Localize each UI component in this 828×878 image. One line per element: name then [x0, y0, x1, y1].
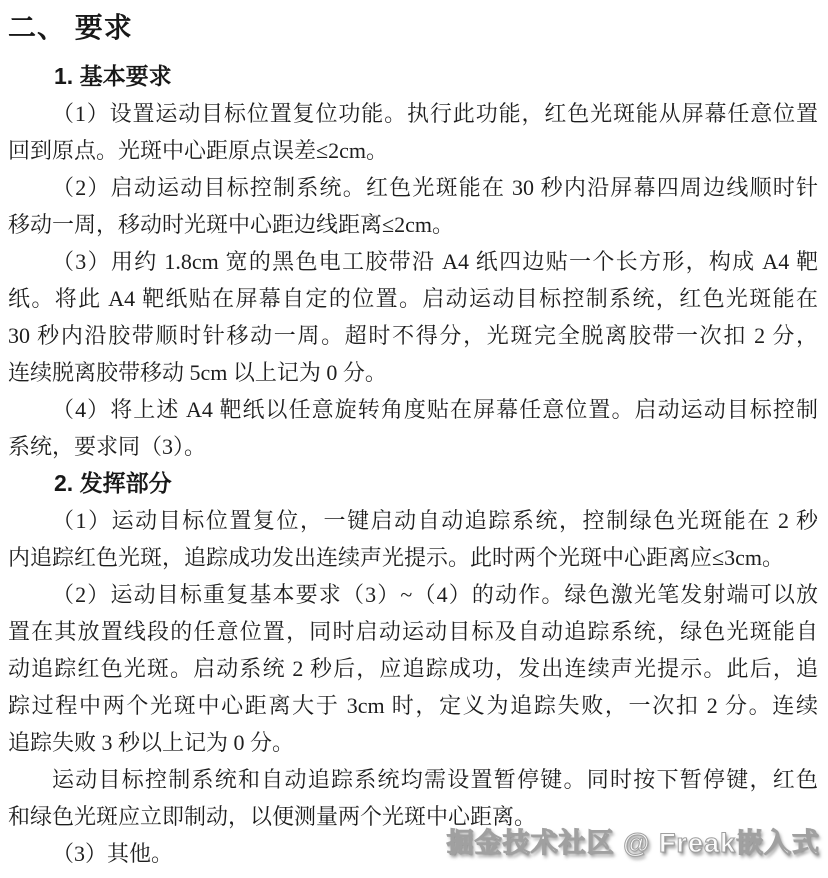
text-line: （4）将上述 A4 靶纸以任意旋转角度贴在屏幕任意位置。启动运动目标控制 — [8, 391, 818, 428]
text-line: 内追踪红色光斑，追踪成功发出连续声光提示。此时两个光斑中心距离应≤3cm。 — [8, 539, 818, 576]
text-line: 踪过程中两个光斑中心距离大于 3cm 时，定义为追踪失败，一次扣 2 分。连续 — [8, 687, 818, 724]
text-line: （2）运动目标重复基本要求（3）~（4）的动作。绿色激光笔发射端可以放 — [8, 576, 818, 613]
text-line: 置在其放置线段的任意位置，同时启动运动目标及自动追踪系统，绿色光斑能自 — [8, 613, 818, 650]
paragraph-basic-4: （4）将上述 A4 靶纸以任意旋转角度贴在屏幕任意位置。启动运动目标控制 系统，… — [8, 391, 818, 465]
section-heading-basic-requirements: 1. 基本要求 — [8, 58, 818, 95]
page-title: 二、 要求 — [8, 8, 818, 48]
paragraph-basic-1: （1）设置运动目标位置复位功能。执行此功能，红色光斑能从屏幕任意位置 回到原点。… — [8, 95, 818, 169]
text-line: 连续脱离胶带移动 5cm 以上记为 0 分。 — [8, 354, 818, 391]
text-line: （1）设置运动目标位置复位功能。执行此功能，红色光斑能从屏幕任意位置 — [8, 95, 818, 132]
text-line: 和绿色光斑应立即制动，以便测量两个光斑中心距离。 — [8, 798, 818, 835]
text-line: 运动目标控制系统和自动追踪系统均需设置暂停键。同时按下暂停键，红色 — [8, 761, 818, 798]
section-heading-performance-part: 2. 发挥部分 — [8, 465, 818, 502]
paragraph-basic-2: （2）启动运动目标控制系统。红色光斑能在 30 秒内沿屏幕四周边线顺时针 移动一… — [8, 169, 818, 243]
text-line: 回到原点。光斑中心距原点误差≤2cm。 — [8, 132, 818, 169]
paragraph-performance-1: （1）运动目标位置复位，一键启动自动追踪系统，控制绿色光斑能在 2 秒 内追踪红… — [8, 502, 818, 576]
text-line: （3）用约 1.8cm 宽的黑色电工胶带沿 A4 纸四边贴一个长方形，构成 A4… — [8, 243, 818, 280]
text-line: 纸。将此 A4 靶纸贴在屏幕自定的位置。启动运动目标控制系统，红色光斑能在 — [8, 280, 818, 317]
text-line: 动追踪红色光斑。启动系统 2 秒后，应追踪成功，发出连续声光提示。此后，追 — [8, 650, 818, 687]
text-line: 追踪失败 3 秒以上记为 0 分。 — [8, 724, 818, 761]
paragraph-performance-2: （2）运动目标重复基本要求（3）~（4）的动作。绿色激光笔发射端可以放 置在其放… — [8, 576, 818, 761]
document-page: 二、 要求 1. 基本要求 （1）设置运动目标位置复位功能。执行此功能，红色光斑… — [0, 0, 828, 872]
text-line: （2）启动运动目标控制系统。红色光斑能在 30 秒内沿屏幕四周边线顺时针 — [8, 169, 818, 206]
text-line: （3）其他。 — [8, 835, 818, 872]
paragraph-pause-key: 运动目标控制系统和自动追踪系统均需设置暂停键。同时按下暂停键，红色 和绿色光斑应… — [8, 761, 818, 835]
text-line: 移动一周，移动时光斑中心距边线距离≤2cm。 — [8, 206, 818, 243]
paragraph-basic-3: （3）用约 1.8cm 宽的黑色电工胶带沿 A4 纸四边贴一个长方形，构成 A4… — [8, 243, 818, 391]
text-line: 30 秒内沿胶带顺时针移动一周。超时不得分，光斑完全脱离胶带一次扣 2 分， — [8, 317, 818, 354]
paragraph-performance-3-other: （3）其他。 — [8, 835, 818, 872]
text-line: （1）运动目标位置复位，一键启动自动追踪系统，控制绿色光斑能在 2 秒 — [8, 502, 818, 539]
text-line: 系统，要求同（3）。 — [8, 428, 818, 465]
